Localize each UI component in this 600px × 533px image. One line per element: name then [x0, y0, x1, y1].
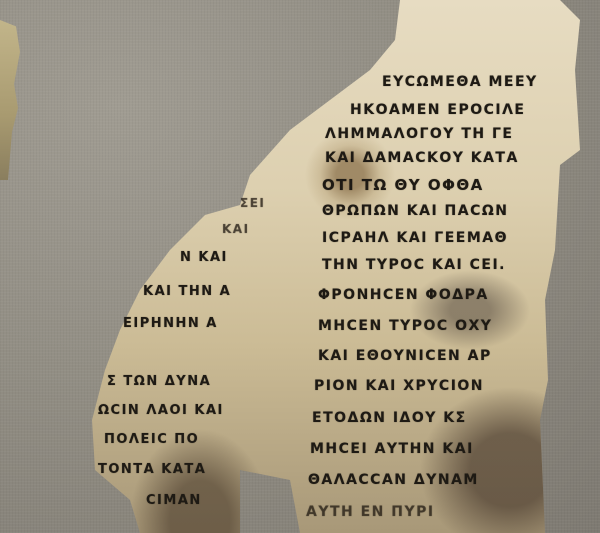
text-line: ΘΡΩΠΩΝ ΚΑΙ ΠΑCΩΝ	[322, 203, 508, 219]
text-line: ΛΗΜΜΑΛΟΓΟΥ ΤΗ ΓΕ	[325, 126, 513, 142]
text-line: ΗΚΟΑΜΕΝ ΕΡΟCΙΛΕ	[350, 102, 526, 118]
text-line: ΘΑΛΑCCΑΝ ΔΥΝΑΜ	[308, 472, 479, 488]
text-line: ΕΤΟΔΩΝ ΙΔΟΥ ΚΣ	[312, 410, 467, 426]
text-line: ΤΗΝ ΤΥΡΟC ΚΑΙ CΕΙ.	[322, 257, 506, 273]
text-line: Ν ΚΑΙ	[180, 250, 228, 265]
text-line: ΡΙΟΝ ΚΑΙ ΧΡΥCΙΟΝ	[314, 378, 484, 394]
text-line: ΜΗCΕΙ ΑΥΤΗΝ ΚΑΙ	[310, 441, 474, 457]
text-line: ΕΥCΩΜΕΘΑ ΜΕΕΥ	[382, 74, 538, 90]
text-line: ΚΑΙ	[222, 222, 250, 236]
text-line: ΑΥΤΗ ΕΝ ΠΥΡΙ	[306, 504, 435, 520]
text-line: ΕΙΡΗΝΗΝ Α	[123, 316, 218, 331]
text-line: CΙΜΑΝ	[146, 493, 202, 508]
text-line: ΟΤΙ ΤΩ ΘΥ ΟΦΘΑ	[322, 176, 484, 194]
text-line: ΙCΡΑΗΛ ΚΑΙ ΓΕΕΜΑΘ	[322, 230, 508, 246]
text-line: ΣΕΙ	[240, 196, 265, 210]
text-line: ΤΟΝΤΑ ΚΑΤΑ	[98, 462, 206, 477]
text-line: Σ ΤΩΝ ΔΥΝΑ	[107, 374, 211, 389]
text-line: ΜΗCΕΝ ΤΥΡΟC ΟΧΥ	[318, 318, 492, 334]
text-line: ΚΑΙ ΕΘΟΥΝΙCΕΝ ΑΡ	[318, 348, 492, 364]
text-line: ΦΡΟΝΗCΕΝ ΦΟΔΡΑ	[318, 287, 489, 303]
text-line: ΠΟΛΕΙC ΠΟ	[104, 432, 199, 447]
text-line: ΩCΙΝ ΛΑΟΙ ΚΑΙ	[98, 403, 224, 418]
text-line: ΚΑΙ ΔΑΜΑCΚΟΥ ΚΑΤΑ	[325, 150, 519, 166]
text-line: ΚΑΙ ΤΗΝ Α	[143, 284, 231, 299]
